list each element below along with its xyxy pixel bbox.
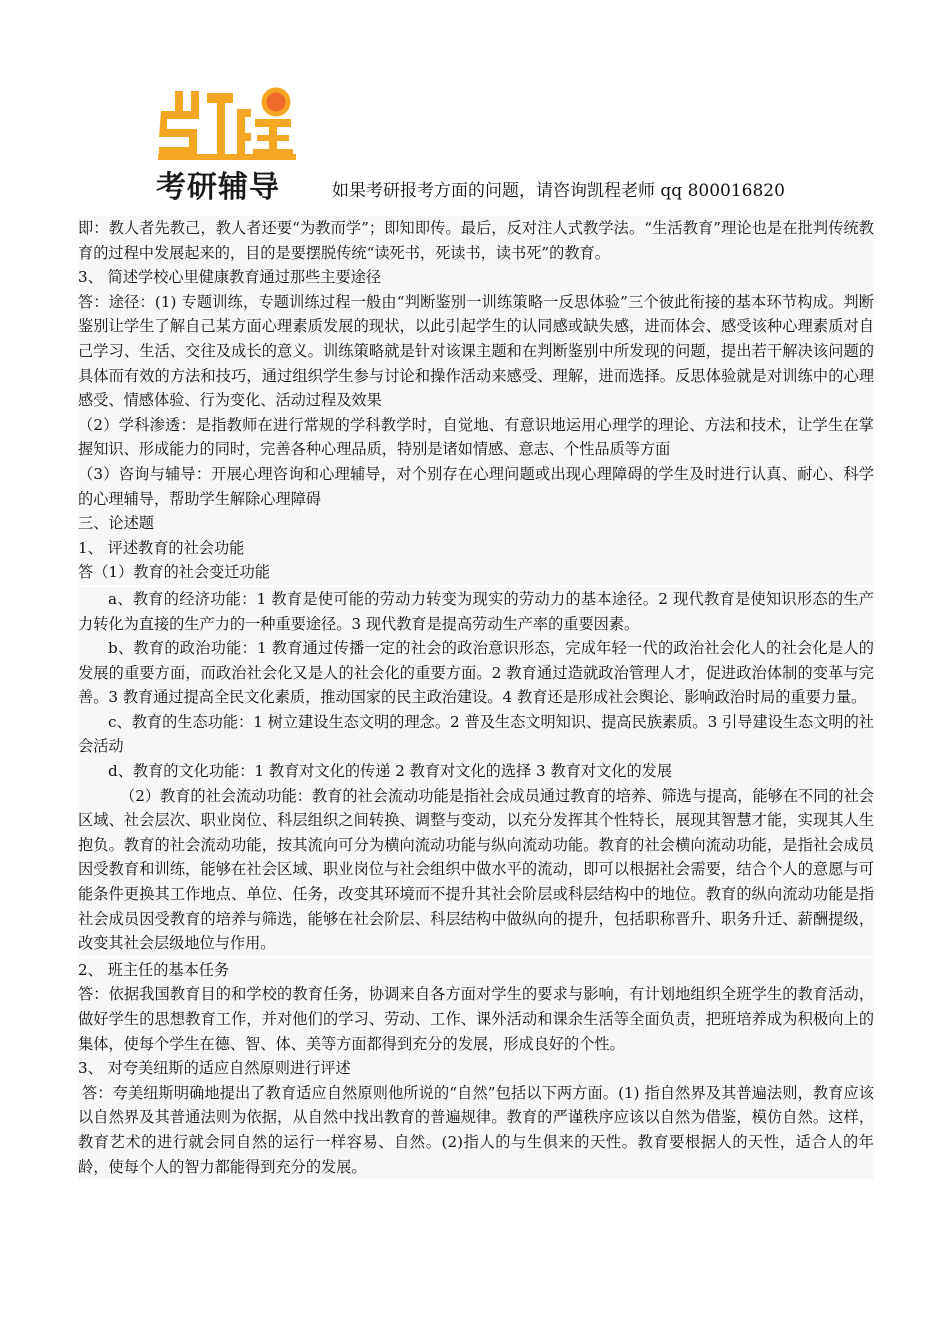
essay-2-title: 2、 班主任的基本任务 <box>78 958 874 983</box>
block-social-functions: a、教育的经济功能：1 教育是使可能的劳动力转变为现实的劳动力的基本途径。2 现… <box>78 587 874 956</box>
logo-subtitle: 考研辅导 <box>156 162 280 206</box>
paragraph-living-education: 即：教人者先教己，教人者还要“为教而学”；即知即传。最后，反对注人式教学法。“生… <box>78 216 874 265</box>
question-3-title: 3、 简述学校心里健康教育通过那些主要途径 <box>78 265 874 290</box>
page-header: 考研辅导 如果考研报考方面的问题，请咨询凯程老师 qq 800016820 <box>150 82 850 202</box>
essay-1-political: b、教育的政治功能：1 教育通过传播一定的社会的政治意识形态，完成年轻一代的政治… <box>78 636 874 710</box>
block-essays-2-3: 2、 班主任的基本任务 答：依据我国教育目的和学校的教育任务，协调来自各方面对学… <box>78 958 874 1179</box>
essay-2-answer: 答：依据我国教育目的和学校的教育任务，协调来自各方面对学生的要求与影响，有计划地… <box>78 982 874 1056</box>
section-3-title: 三、论述题 <box>78 511 874 536</box>
essay-1-ecological: c、教育的生态功能：1 树立建设生态文明的理念。2 普及生态文明知识、提高民族素… <box>78 710 874 759</box>
essay-1-answer-head: 答（1）教育的社会变迁功能 <box>78 560 874 585</box>
essay-3-title: 3、 对夸美纽斯的适应自然原则进行评述 <box>78 1056 874 1081</box>
essay-1-cultural: d、教育的文化功能：1 教育对文化的传递 2 教育对文化的选择 3 教育对文化的… <box>78 759 874 784</box>
question-3-answer-1: 答：途径：(1) 专题训练，专题训练过程一般由“判断鉴别一训练策略一反思体验”三… <box>78 290 874 413</box>
essay-1-title: 1、 评述教育的社会功能 <box>78 536 874 561</box>
kaicheng-logo: 考研辅导 <box>150 82 300 200</box>
document-body: 即：教人者先教己，教人者还要“为教而学”；即知即传。最后，反对注人式教学法。“生… <box>78 216 874 1179</box>
block-intro: 即：教人者先教己，教人者还要“为教而学”；即知即传。最后，反对注人式教学法。“生… <box>78 216 874 585</box>
kaicheng-logo-mark-icon <box>156 82 298 162</box>
question-3-answer-3: （3）咨询与辅导：开展心理咨询和心理辅导，对个别存在心理问题或出现心理障碍的学生… <box>78 462 874 511</box>
essay-1-economic: a、教育的经济功能：1 教育是使可能的劳动力转变为现实的劳动力的基本途径。2 现… <box>78 587 874 636</box>
essay-1-mobility: （2）教育的社会流动功能：教育的社会流动功能是指社会成员通过教育的培养、筛选与提… <box>78 784 874 956</box>
essay-3-answer: 答：夸美纽斯明确地提出了教育适应自然原则他所说的“自然”包括以下两方面。(1) … <box>78 1081 874 1179</box>
question-3-answer-2: （2）学科渗透：是指教师在进行常规的学科教学时，自觉地、有意识地运用心理学的理论… <box>78 413 874 462</box>
contact-line: 如果考研报考方面的问题，请咨询凯程老师 qq 800016820 <box>332 176 785 201</box>
